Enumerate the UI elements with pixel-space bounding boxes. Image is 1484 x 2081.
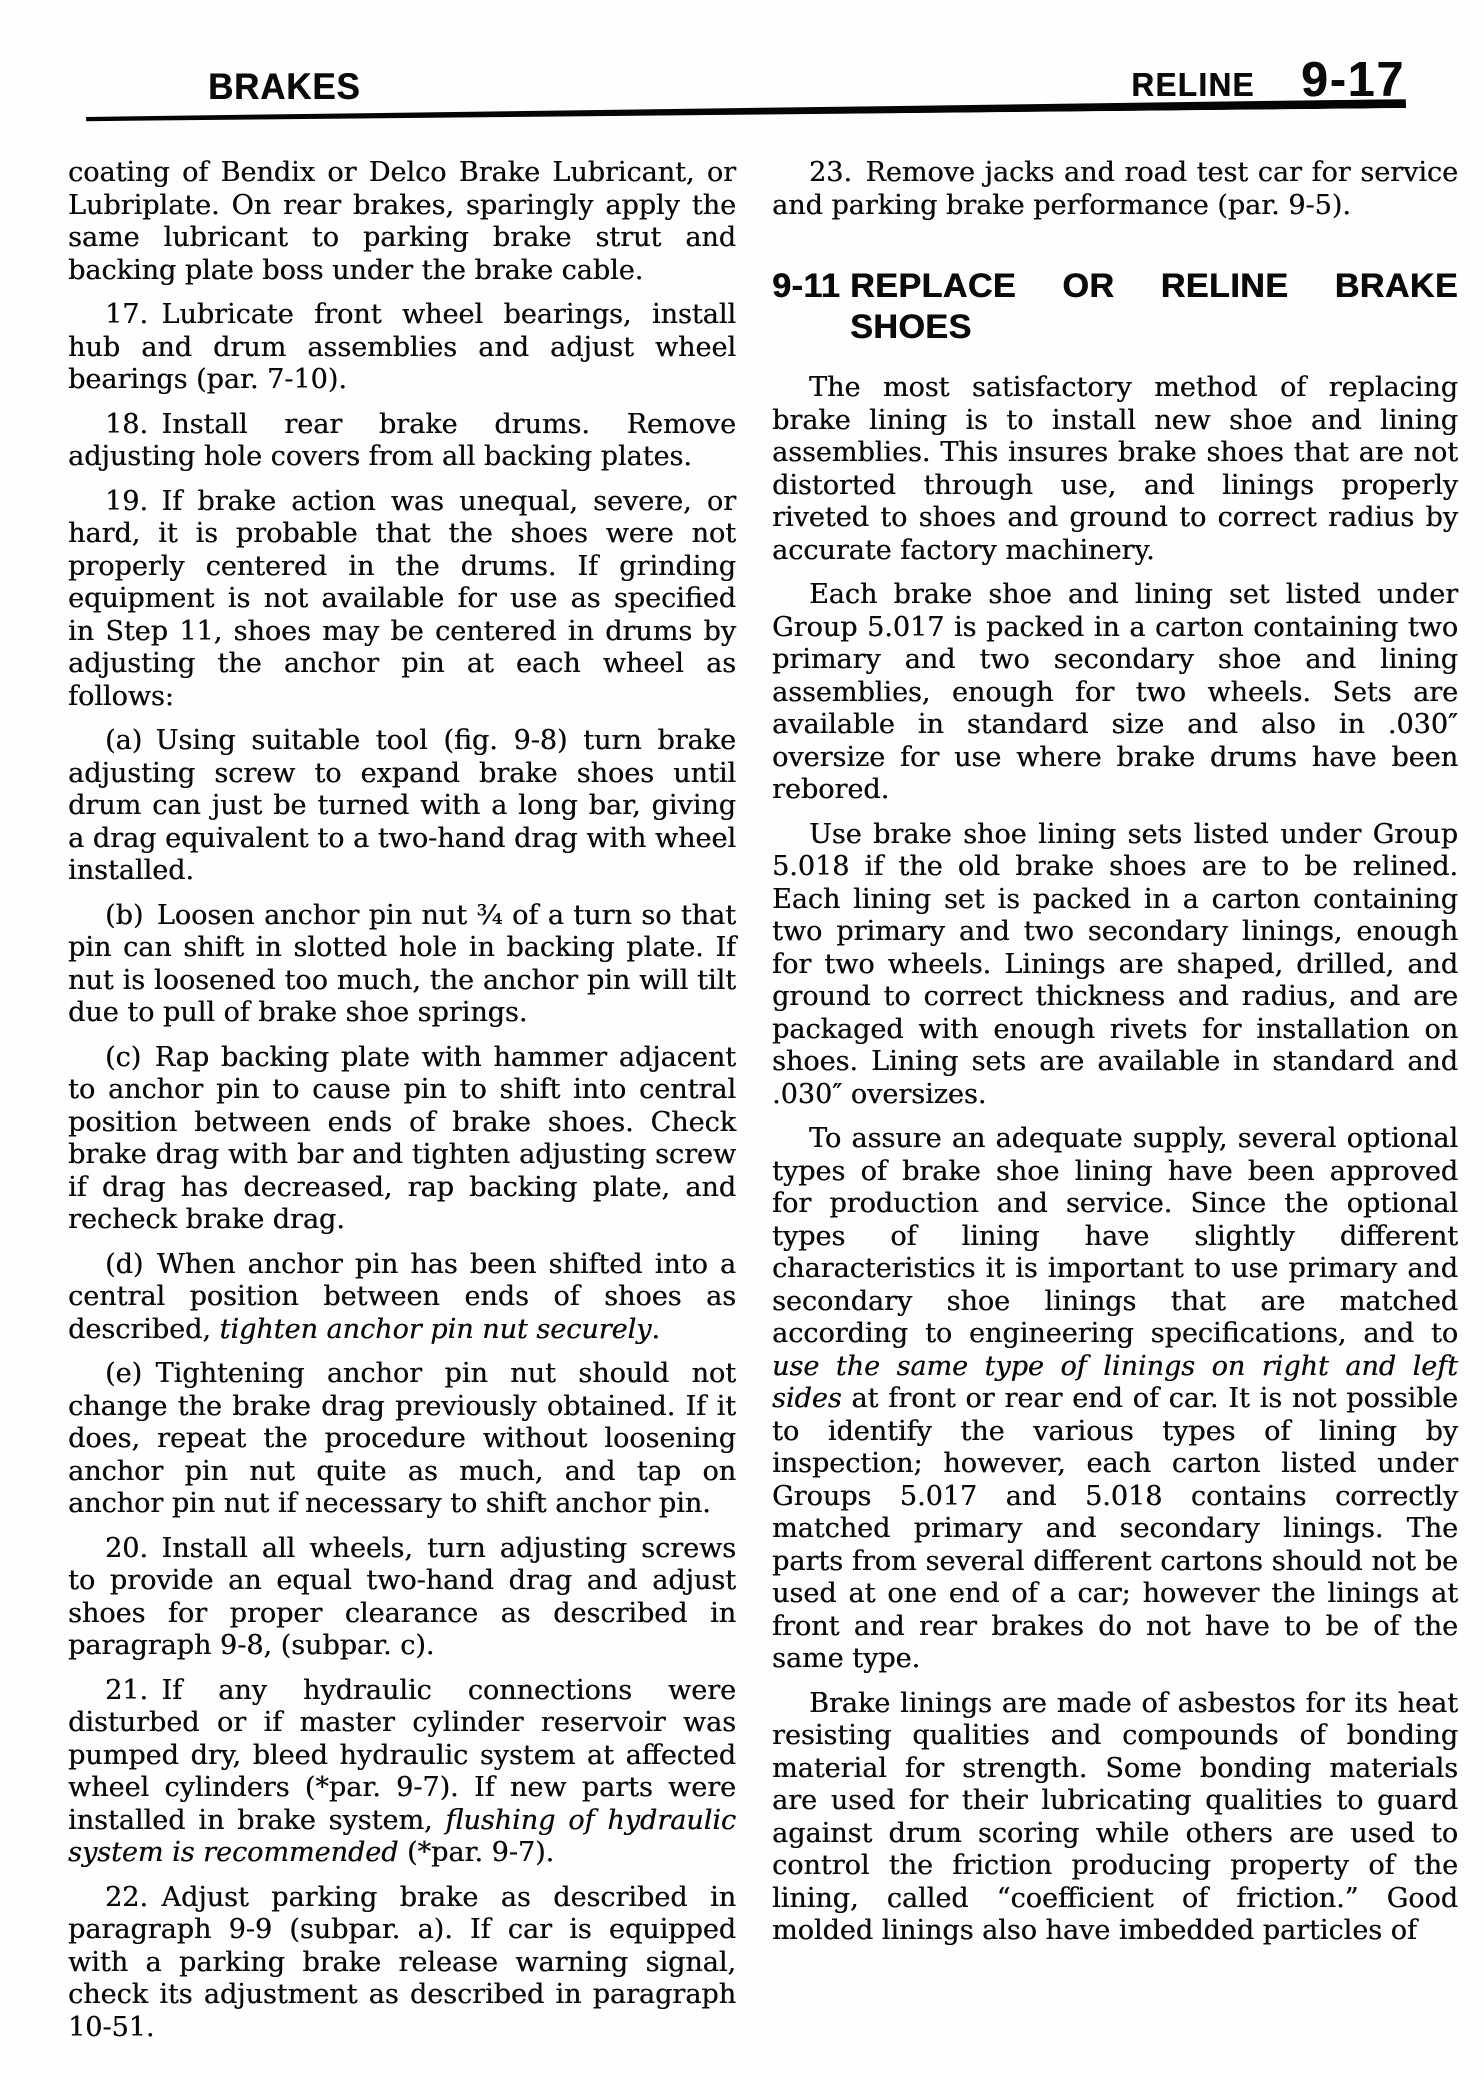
- text-run: To assure an adequate supply, several op…: [772, 1123, 1458, 1349]
- right-column: 23. Remove jacks and road test car for s…: [772, 157, 1458, 1960]
- section-heading: 9-11 REPLACE OR RELINE BRAKE SHOES: [772, 266, 1458, 348]
- text-run: .: [651, 1314, 660, 1345]
- paragraph-group-5018: Use brake shoe lining sets listed under …: [772, 819, 1458, 1112]
- paragraph-step-22: 22. Adjust parking brake as described in…: [68, 1882, 736, 2045]
- paragraph-step-19c: (c) Rap backing plate with hammer adjace…: [68, 1042, 736, 1237]
- running-head-right: RELINE 9-17: [1128, 52, 1406, 108]
- section-number: 9-11: [772, 266, 850, 348]
- paragraph-step-19: 19. If brake action was unequal, severe,…: [68, 486, 736, 714]
- section-title: REPLACE OR RELINE BRAKE SHOES: [850, 266, 1458, 348]
- paragraph-lining-types: To assure an adequate supply, several op…: [772, 1123, 1458, 1676]
- paragraph-step-21: 21. If any hydraulic connections were di…: [68, 1675, 736, 1870]
- running-head-chapter: RELINE: [1131, 66, 1255, 104]
- paragraph-continuation: coating of Bendix or Delco Brake Lubrica…: [68, 157, 736, 287]
- paragraph-step-20: 20. Install all wheels, turn adjusting s…: [68, 1533, 736, 1663]
- paragraph-group-5017: Each brake shoe and lining set listed un…: [772, 579, 1458, 807]
- paragraph-step-19b: (b) Loosen anchor pin nut ¾ of a turn so…: [68, 900, 736, 1030]
- section-title-line2: SHOES: [850, 307, 1458, 348]
- paragraph-replace-method: The most satisfactory method of replacin…: [772, 372, 1458, 567]
- text-run: (*par. 9-7).: [398, 1837, 554, 1868]
- manual-page: BRAKES RELINE 9-17 coating of Bendix or …: [0, 0, 1484, 2081]
- paragraph-step-23: 23. Remove jacks and road test car for s…: [772, 157, 1458, 222]
- left-column: coating of Bendix or Delco Brake Lubrica…: [68, 157, 736, 2056]
- paragraph-asbestos: Brake linings are made of asbestos for i…: [772, 1688, 1458, 1948]
- text-run: at front or rear end of car. It is not p…: [772, 1383, 1458, 1674]
- paragraph-step-19a: (a) Using suitable tool (fig. 9-8) turn …: [68, 725, 736, 888]
- italic-run: tighten anchor pin nut securely: [220, 1314, 652, 1345]
- paragraph-step-19e: (e) Tightening anchor pin nut should not…: [68, 1358, 736, 1521]
- paragraph-step-19d: (d) When anchor pin has been shifted int…: [68, 1249, 736, 1347]
- section-title-line1: REPLACE OR RELINE BRAKE: [850, 266, 1458, 307]
- running-head-section: BRAKES: [208, 66, 361, 108]
- paragraph-step-18: 18. Install rear brake drums. Remove adj…: [68, 409, 736, 474]
- paragraph-step-17: 17. Lubricate front wheel bearings, inst…: [68, 299, 736, 397]
